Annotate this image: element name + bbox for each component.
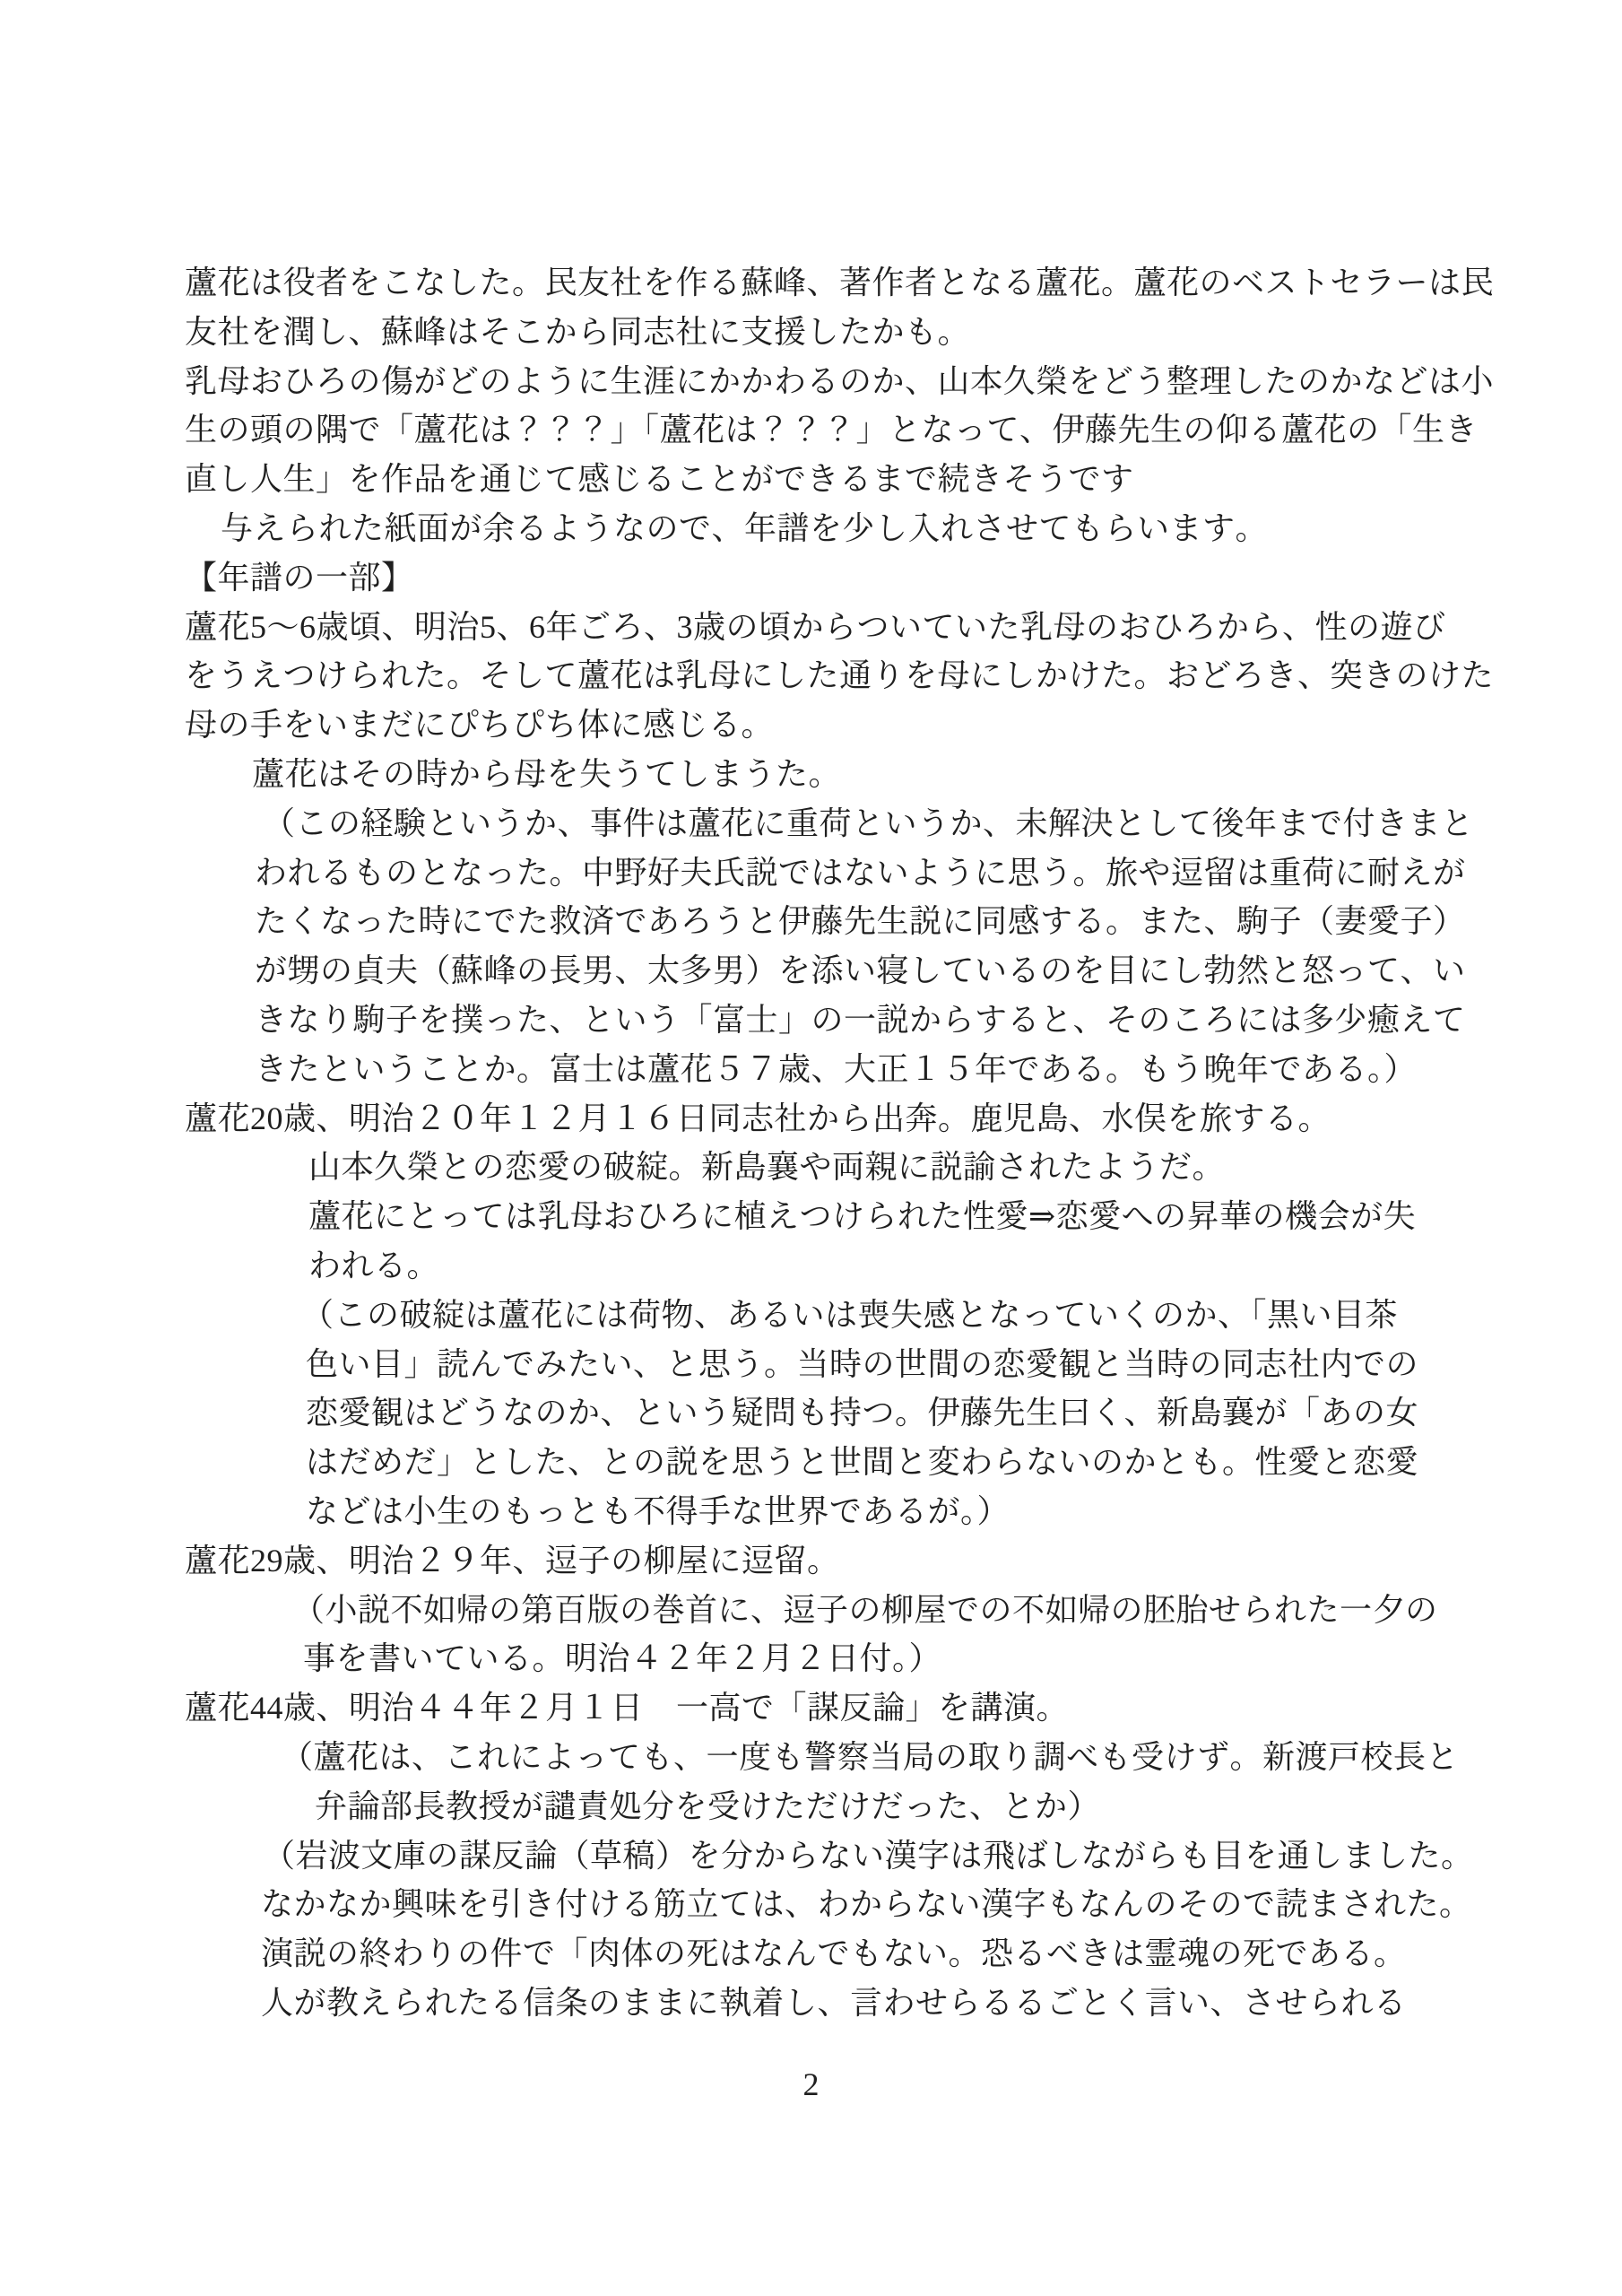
text-line: 蘆花20歳、明治２０年１２月１６日同志社から出奔。鹿児島、水俣を旅する。 bbox=[185, 1094, 1503, 1144]
text-line: われるものとなった。中野好夫氏説ではないように思う。旅や逗留は重荷に耐えが bbox=[185, 848, 1503, 898]
text-line: 山本久榮との恋愛の破綻。新島襄や両親に説諭されたようだ。 bbox=[185, 1143, 1503, 1192]
text-line: 蘆花29歳、明治２９年、逗子の柳屋に逗留。 bbox=[185, 1536, 1503, 1586]
text-line: をうえつけられた。そして蘆花は乳母にした通りを母にしかけた。おどろき、突きのけた bbox=[185, 651, 1503, 700]
text-line: 事を書いている。明治４２年２月２日付。） bbox=[185, 1634, 1503, 1683]
text-line: きたということか。富士は蘆花５７歳、大正１５年である。もう晩年である。） bbox=[185, 1045, 1503, 1094]
text-line: （小説不如帰の第百版の巻首に、逗子の柳屋での不如帰の胚胎せられた一夕の bbox=[185, 1586, 1503, 1635]
document-page: 蘆花は役者をこなした。民友社を作る蘇峰、著作者となる蘆花。蘆花のベストセラーは民… bbox=[0, 0, 1622, 2296]
text-line: たくなった時にでた救済であろうと伊藤先生説に同感する。また、駒子（妻愛子） bbox=[185, 897, 1503, 946]
text-line: 人が教えられたる信条のままに執着し、言わせらるるごとく言い、させられる bbox=[185, 1979, 1503, 2028]
text-block: 蘆花は役者をこなした。民友社を作る蘇峰、著作者となる蘆花。蘆花のベストセラーは民… bbox=[185, 258, 1503, 2028]
text-line: などは小生のもっとも不得手な世界であるが。） bbox=[185, 1487, 1503, 1536]
text-line: 母の手をいまだにぴちぴち体に感じる。 bbox=[185, 700, 1503, 750]
text-line: 与えられた紙面が余るようなので、年譜を少し入れさせてもらいます。 bbox=[185, 504, 1503, 553]
text-line: （蘆花は、これによっても、一度も警察当局の取り調べも受けず。新渡戸校長と bbox=[185, 1733, 1503, 1782]
text-line: （この破綻は蘆花には荷物、あるいは喪失感となっていくのか、「黒い目茶 bbox=[185, 1291, 1503, 1340]
text-line: （この経験というか、事件は蘆花に重荷というか、未解決として後年まで付きまと bbox=[185, 799, 1503, 848]
page-number: 2 bbox=[0, 2065, 1622, 2104]
text-line: なかなか興味を引き付ける筋立ては、わからない漢字もなんのそので読まされた。 bbox=[185, 1880, 1503, 1929]
text-line: 直し人生」を作品を通じて感じることができるまで続きそうです bbox=[185, 455, 1503, 504]
text-line: われる。 bbox=[185, 1241, 1503, 1291]
text-line: 【年譜の一部】 bbox=[185, 553, 1503, 603]
text-line: が甥の貞夫（蘇峰の長男、太多男）を添い寝しているのを目にし勃然と怒って、い bbox=[185, 946, 1503, 996]
text-line: 蘆花5～6歳頃、明治5、6年ごろ、3歳の頃からついていた乳母のおひろから、性の遊… bbox=[185, 603, 1503, 652]
text-line: 友社を潤し、蘇峰はそこから同志社に支援したかも。 bbox=[185, 308, 1503, 357]
text-line: 恋愛観はどうなのか、という疑問も持つ。伊藤先生曰く、新島襄が「あの女 bbox=[185, 1388, 1503, 1438]
text-line: 乳母おひろの傷がどのように生涯にかかわるのか、山本久榮をどう整理したのかなどは小 bbox=[185, 357, 1503, 406]
text-line: 演説の終わりの件で「肉体の死はなんでもない。恐るべきは霊魂の死である。 bbox=[185, 1929, 1503, 1979]
text-line: 蘆花44歳、明治４４年２月１日 一高で「謀反論」を講演。 bbox=[185, 1683, 1503, 1733]
text-line: 弁論部長教授が譴責処分を受けただけだった、とか） bbox=[185, 1782, 1503, 1831]
text-line: きなり駒子を撲った、という「富士」の一説からすると、そのころには多少癒えて bbox=[185, 996, 1503, 1045]
text-line: はだめだ」とした、との説を思うと世間と変わらないのかとも。性愛と恋愛 bbox=[185, 1438, 1503, 1487]
text-line: 生の頭の隅で「蘆花は？？？」「蘆花は？？？」となって、伊藤先生の仰る蘆花の「生き bbox=[185, 405, 1503, 455]
text-line: 蘆花は役者をこなした。民友社を作る蘇峰、著作者となる蘆花。蘆花のベストセラーは民 bbox=[185, 258, 1503, 308]
text-line: （岩波文庫の謀反論（草稿）を分からない漢字は飛ばしながらも目を通しました。 bbox=[185, 1831, 1503, 1881]
text-line: 蘆花にとっては乳母おひろに植えつけられた性愛⇒恋愛への昇華の機会が失 bbox=[185, 1192, 1503, 1241]
text-line: 蘆花はその時から母を失うてしまうた。 bbox=[185, 750, 1503, 799]
text-line: 色い目」読んでみたい、と思う。当時の世間の恋愛観と当時の同志社内での bbox=[185, 1340, 1503, 1389]
